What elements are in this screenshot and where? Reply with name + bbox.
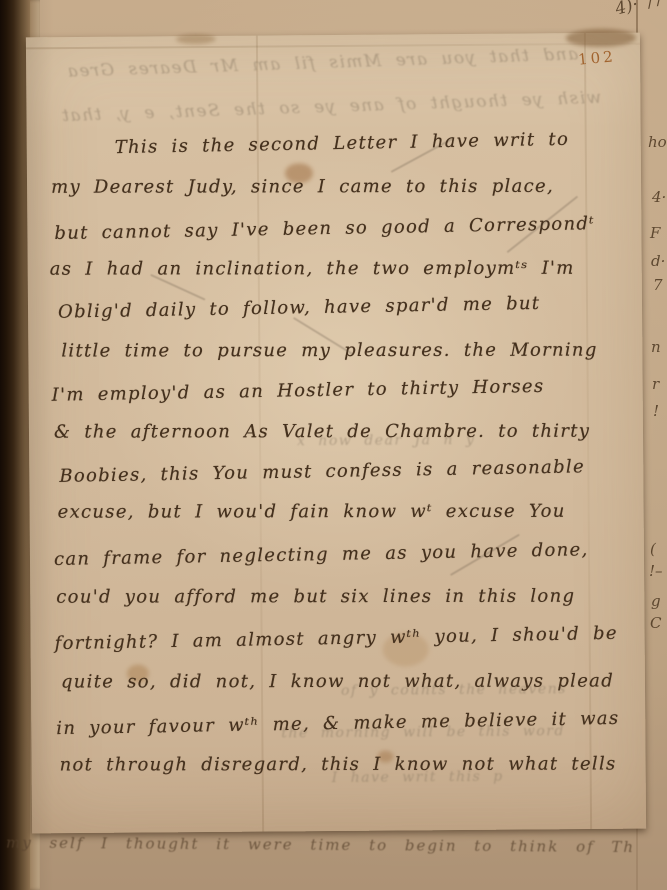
edge-fragment: F: [650, 224, 660, 242]
letter-line: but cannot say I've been so good a Corre…: [54, 215, 595, 243]
edge-fragment: d·: [651, 252, 665, 270]
letter-line: can frame for neglecting me as you have …: [54, 541, 589, 569]
edge-fragment: r: [652, 375, 659, 393]
letter-sheet: 102 and that you are Mmis fil am Mr Dear…: [26, 33, 646, 834]
edge-fragment: !–: [649, 562, 663, 580]
showthrough-line: and that you are Mmis fil am Mr Deares G…: [66, 44, 579, 81]
letter-line: cou'd you afford me but six lines in thi…: [56, 588, 575, 607]
letter-line: fortnight? I am almost angry wᵗʰ you, I …: [55, 625, 618, 653]
edge-fragment: n: [651, 338, 661, 356]
letter-line: not through disregard, this I know not w…: [60, 756, 617, 775]
manuscript-photo: my self I thought it were time to begin …: [0, 0, 667, 890]
page-number: 102: [577, 47, 616, 68]
edge-fragment: !: [653, 402, 659, 420]
book-binding: [0, 0, 30, 890]
showthrough-line: wish ye thought of ane ye so the Sent, e…: [60, 88, 601, 126]
edge-fragment: 4·: [652, 188, 666, 206]
letter-line: I'm employ'd as an Hostler to thirty Hor…: [52, 378, 545, 405]
letter-line: my Dearest Judy, since I came to this pl…: [51, 178, 554, 197]
letter-line: as I had an inclination, the two employm…: [50, 260, 575, 279]
letter-line: little time to pursue my pleasures. the …: [61, 342, 597, 361]
stain: [176, 34, 216, 44]
edge-fragment: 7: [653, 276, 663, 294]
letter-line: & the afternoon As Valet de Chambre. to …: [54, 423, 590, 442]
edge-fragment: g: [651, 592, 661, 610]
letter-line: Oblig'd daily to follow, have spar'd me …: [58, 295, 541, 322]
letter-line: quite so, did not, I know not what, alwa…: [61, 673, 614, 692]
letter-line: excuse, but I wou'd fain know wᵗ excuse …: [58, 503, 566, 522]
edge-fragment: C: [650, 614, 661, 632]
letter-line: Boobies, this You must confess is a reas…: [59, 458, 585, 486]
edge-fragment: (: [650, 540, 656, 558]
letter-line: This is the second Letter I have writ to: [115, 131, 570, 157]
edge-fragment: ho: [648, 133, 667, 151]
